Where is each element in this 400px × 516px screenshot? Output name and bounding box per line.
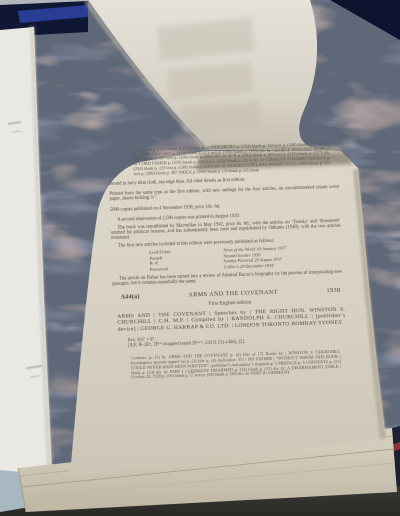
show-through-text-smudge xyxy=(181,101,261,132)
article-title: B.-P. xyxy=(150,261,159,266)
articles-table: Lord Fisher News of the World 10 January… xyxy=(149,244,346,273)
prev-entry-contents-collation: p. 141 text p. (152) blank p. (153) div.… xyxy=(133,142,331,176)
bibliography-page: p. 141 text p. (152) blank p. (153) div.… xyxy=(108,142,349,381)
entry-title: ARMS AND THE COVENANT xyxy=(188,289,278,299)
article-source: Collier’s 29 December 1934 xyxy=(224,263,274,270)
photo-of-open-book: p. 141 text p. (152) blank p. (153) div.… xyxy=(0,0,400,516)
entry-year: 1938 xyxy=(326,287,340,294)
article-title: Parnell xyxy=(149,255,162,260)
entry-number: A44(a) xyxy=(121,293,140,301)
article-title: Roosevelt xyxy=(150,266,169,272)
title-transcription: ARMS AND | THE COVENANT | Speeches by | … xyxy=(117,306,346,333)
fisher-note: The article on Fisher has been turned in… xyxy=(112,270,342,287)
printing-note: Printed from the same type as the first … xyxy=(109,185,339,202)
